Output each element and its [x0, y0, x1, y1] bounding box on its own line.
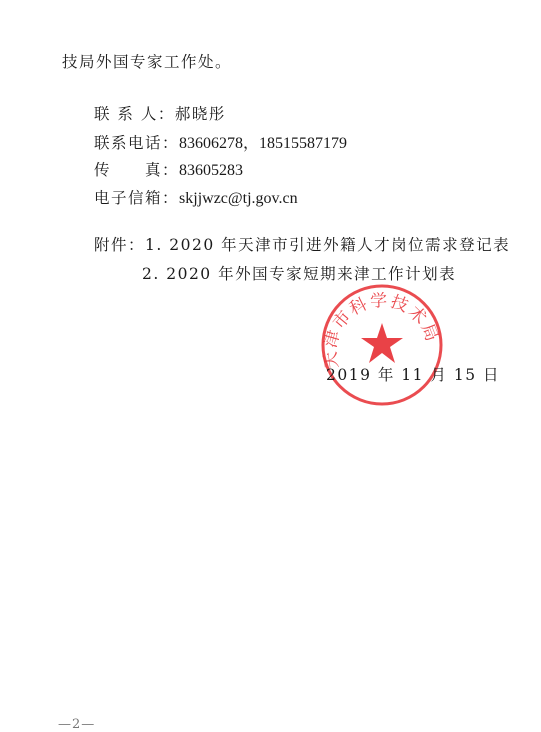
contact-email: 电子信箱：skjjwzc@tj.gov.cn [94, 186, 298, 208]
attachment-1-text: 1. 2020 年天津市引进外籍人才岗位需求登记表 [145, 236, 510, 254]
contact-person: 联 系 人：郝晓彤 [94, 102, 226, 124]
attachment-1: 附件：1. 2020 年天津市引进外籍人才岗位需求登记表 [94, 233, 510, 255]
attachment-2-text: 2. 2020 年外国专家短期来津工作计划表 [142, 265, 456, 283]
contact-email-value: skjjwzc@tj.gov.cn [179, 190, 298, 207]
official-seal-icon: 天津市科学技术局 [320, 283, 444, 407]
contact-fax: 传 真：83605283 [94, 158, 243, 180]
attachments-label: 附件： [94, 236, 145, 254]
contact-person-value: 郝晓彤 [175, 105, 226, 123]
contact-fax-label: 传 真： [94, 158, 179, 180]
intro-tail-text: 技局外国专家工作处。 [62, 50, 232, 72]
contact-phone-value: 83606278，18515587179 [179, 135, 347, 152]
contact-phone: 联系电话：83606278，18515587179 [94, 130, 347, 153]
contact-person-label: 联 系 人： [94, 102, 175, 124]
page-number: —2— [58, 717, 95, 732]
contact-phone-label: 联系电话： [94, 131, 179, 153]
document-date: 2019 年 11 月 15 日 [326, 363, 500, 385]
attachment-2: 2. 2020 年外国专家短期来津工作计划表 [142, 262, 456, 284]
contact-email-label: 电子信箱： [94, 186, 179, 208]
contact-fax-value: 83605283 [179, 162, 243, 179]
